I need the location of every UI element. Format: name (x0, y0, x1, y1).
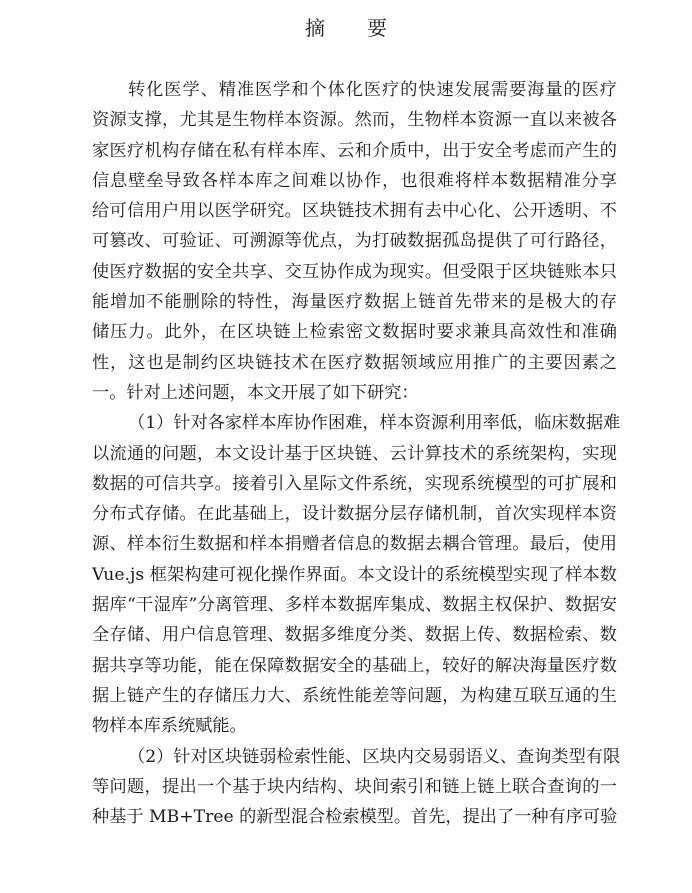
text-line: 信息壁垒导致各样本库之间难以协作，也很难将样本数据精准分享 (92, 166, 617, 196)
text-line: 物样本库系统赋能。 (92, 711, 617, 741)
text-line: 可篡改、可验证、可溯源等优点，为打破数据孤岛提供了可行路径， (92, 226, 617, 256)
text-line: 转化医学、精准医学和个体化医疗的快速发展需要海量的医疗 (92, 75, 617, 105)
title-char-2: 要 (367, 12, 387, 41)
abstract-body: 转化医学、精准医学和个体化医疗的快速发展需要海量的医疗资源支撑，尤其是生物样本资… (92, 75, 617, 832)
text-line: 能增加不能删除的特性，海量医疗数据上链首先带来的是极大的存 (92, 287, 617, 317)
text-line: 据上链产生的存储压力大、系统性能差等问题，为构建互联互通的生 (92, 681, 617, 711)
text-line: 种基于 MB+Tree 的新型混合检索模型。首先，提出了一种有序可验 (92, 802, 617, 832)
text-line: 全存储、用户信息管理、数据多维度分类、数据上传、数据检索、数 (92, 620, 617, 650)
text-line: 据共享等功能，能在保障数据安全的基础上，较好的解决海量医疗数 (92, 651, 617, 681)
text-line: 性，这也是制约区块链技术在医疗数据领域应用推广的主要因素之 (92, 348, 617, 378)
text-line: Vue.js 框架构建可视化操作界面。本文设计的系统模型实现了样本数 (92, 560, 617, 590)
title-char-1: 摘 (305, 12, 325, 41)
text-line: 以流通的问题，本文设计基于区块链、云计算技术的系统架构，实现 (92, 439, 617, 469)
text-line: 给可信用户用以医学研究。区块链技术拥有去中心化、公开透明、不 (92, 196, 617, 226)
text-line: 一。针对上述问题，本文开展了如下研究： (92, 378, 617, 408)
text-line: 使医疗数据的安全共享、交互协作成为现实。但受限于区块链账本只 (92, 257, 617, 287)
text-line: 分布式存储。在此基础上，设计数据分层存储机制，首次实现样本资 (92, 499, 617, 529)
text-line: 源、样本衍生数据和样本捐赠者信息的数据去耦合管理。最后，使用 (92, 529, 617, 559)
text-line: 据库“干湿库”分离管理、多样本数据库集成、数据主权保护、数据安 (92, 590, 617, 620)
text-line: 家医疗机构存储在私有样本库、云和介质中，出于安全考虑而产生的 (92, 136, 617, 166)
text-line: 等问题，提出一个基于块内结构、块间索引和链上链上联合查询的一 (92, 772, 617, 802)
text-line: （1）针对各家样本库协作困难，样本资源利用率低，临床数据难 (92, 408, 617, 438)
text-line: 数据的可信共享。接着引入星际文件系统，实现系统模型的可扩展和 (92, 469, 617, 499)
text-line: 资源支撑，尤其是生物样本资源。然而，生物样本资源一直以来被各 (92, 105, 617, 135)
text-line: 储压力。此外，在区块链上检索密文数据时要求兼具高效性和准确 (92, 317, 617, 347)
text-line: （2）针对区块链弱检索性能、区块内交易弱语义、查询类型有限 (92, 742, 617, 772)
abstract-title: 摘要 (0, 12, 692, 41)
